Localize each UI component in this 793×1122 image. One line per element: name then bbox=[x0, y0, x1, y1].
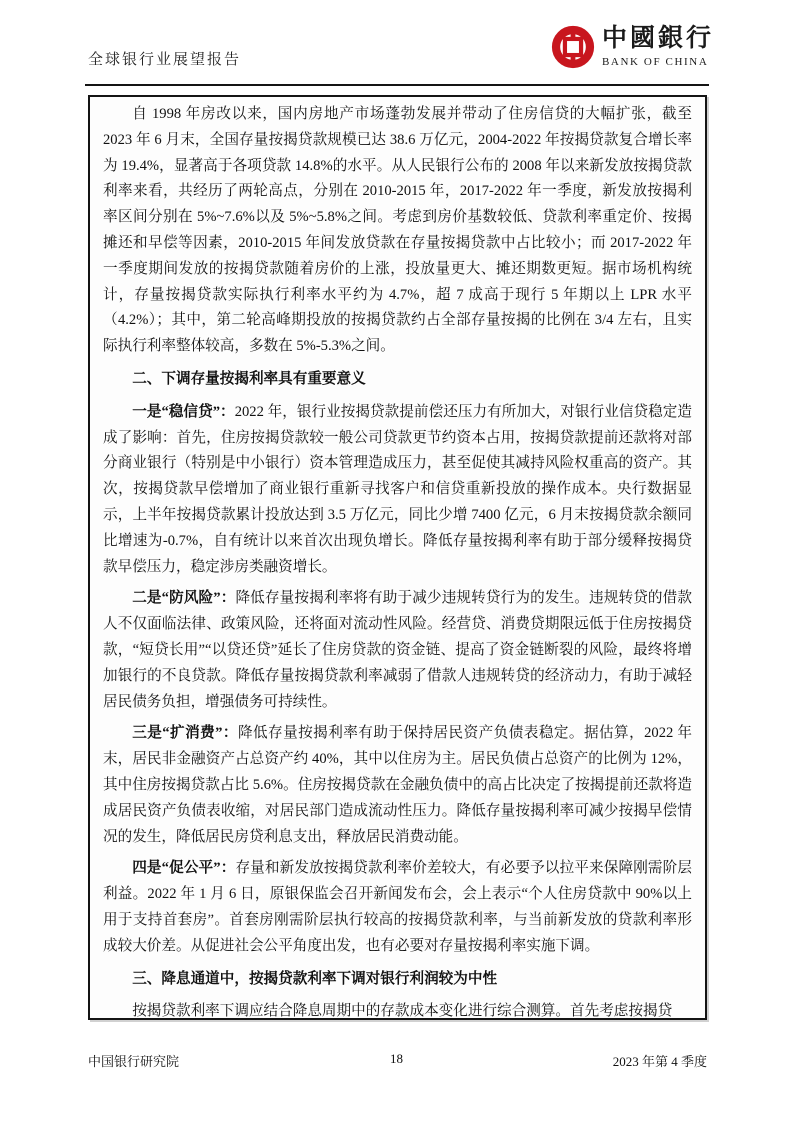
logo-name-cn: 中國銀行 bbox=[602, 26, 714, 52]
logo-name-en: BANK OF CHINA bbox=[602, 56, 708, 68]
body-paragraph: 二是“防风险”：降低存量按揭利率将有助于减少违规转贷行为的发生。违规转贷的借款人… bbox=[103, 586, 692, 715]
body-paragraph: 自 1998 年房改以来，国内房地产市场蓬勃发展并带动了住房信贷的大幅扩张，截至… bbox=[103, 102, 692, 360]
paragraph-lead: 三是“扩消费”： bbox=[132, 725, 238, 741]
paragraph-text: 降低存量按揭利率有助于保持居民资产负债表稳定。据估算，2022 年末，居民非金融… bbox=[103, 725, 692, 844]
body-paragraph: 四是“促公平”：存量和新发放按揭贷款利率价差较大，有必要予以拉平来保障刚需阶层利… bbox=[103, 856, 692, 959]
paragraph-lead: 二是“防风险”： bbox=[132, 590, 235, 606]
report-title: 全球银行业展望报告 bbox=[88, 48, 241, 69]
paragraph-text: 2022 年，银行业按揭贷款提前偿还压力有所加大，对银行业信贷稳定造成了影响：首… bbox=[103, 404, 692, 575]
section-heading: 三、降息通道中，按揭贷款利率下调对银行利润较为中性 bbox=[103, 967, 692, 993]
footer-edition: 2023 年第 4 季度 bbox=[613, 1051, 707, 1070]
paragraph-text: 自 1998 年房改以来，国内房地产市场蓬勃发展并带动了住房信贷的大幅扩张，截至… bbox=[103, 106, 692, 354]
document-page: 全球银行业展望报告 中國銀行 BANK OF CHINA 自 1998 年房改以… bbox=[0, 0, 793, 1122]
body-paragraph: 三是“扩消费”：降低存量按揭利率有助于保持居民资产负债表稳定。据估算，2022 … bbox=[103, 721, 692, 850]
header-divider bbox=[85, 84, 709, 86]
paragraph-text: 降低存量按揭利率将有助于减少违规转贷行为的发生。违规转贷的借款人不仅面临法律、政… bbox=[103, 590, 692, 709]
paragraph-lead: 一是“稳信贷”： bbox=[132, 404, 235, 420]
paragraph-text: 按揭贷款利率下调应结合降息周期中的存款成本变化进行综合测算。首先考虑按揭贷 bbox=[132, 1003, 672, 1019]
body-paragraph: 按揭贷款利率下调应结合降息周期中的存款成本变化进行综合测算。首先考虑按揭贷 bbox=[103, 999, 692, 1020]
content-box: 自 1998 年房改以来，国内房地产市场蓬勃发展并带动了住房信贷的大幅扩张，截至… bbox=[88, 95, 707, 1020]
section-heading: 二、下调存量按揭利率具有重要意义 bbox=[103, 367, 692, 393]
body-paragraph: 一是“稳信贷”：2022 年，银行业按揭贷款提前偿还压力有所加大，对银行业信贷稳… bbox=[103, 400, 692, 581]
boc-coin-icon bbox=[551, 25, 595, 69]
logo-wordmark: 中國銀行 BANK OF CHINA bbox=[602, 26, 714, 67]
bank-of-china-logo: 中國銀行 BANK OF CHINA bbox=[551, 25, 714, 69]
paragraph-lead: 四是“促公平”： bbox=[132, 860, 235, 876]
